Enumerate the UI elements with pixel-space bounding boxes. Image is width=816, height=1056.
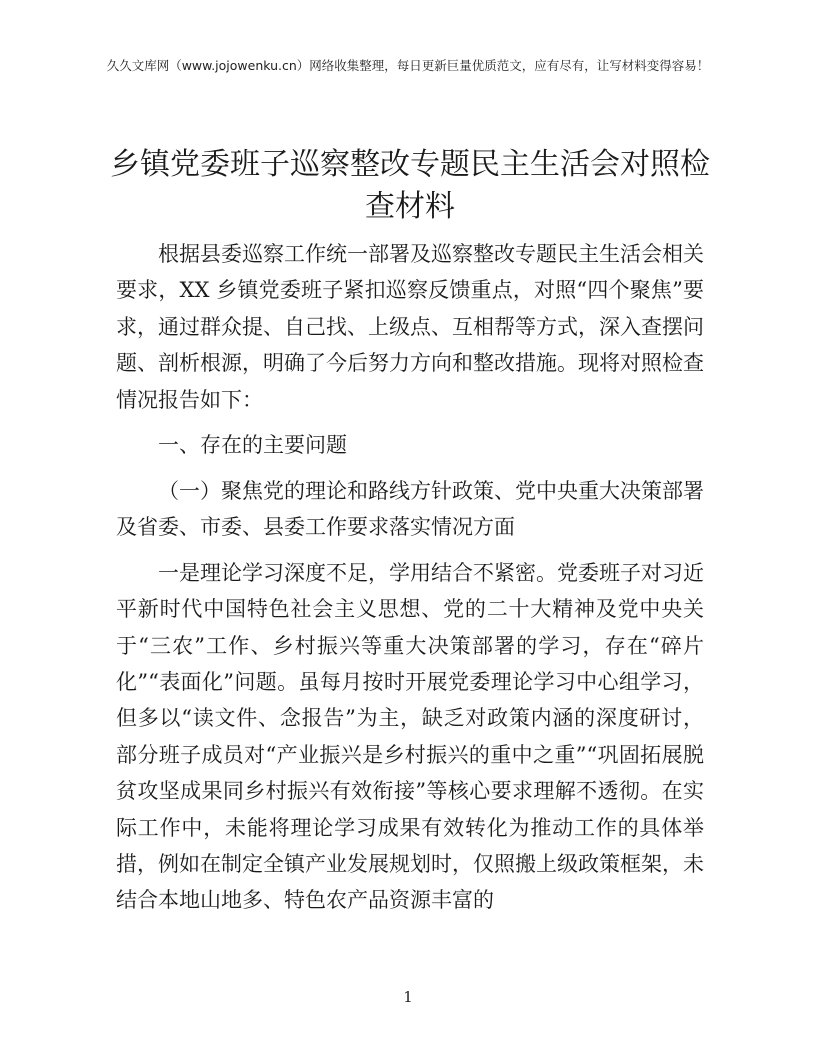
page-number: 1 (0, 988, 816, 1006)
section-heading-1: 一、存在的主要问题 (116, 427, 704, 463)
document-body: 根据县委巡察工作统一部署及巡察整改专题民主生活会相关要求，XX 乡镇党委班子紧扣… (116, 236, 704, 928)
intro-paragraph: 根据县委巡察工作统一部署及巡察整改专题民主生活会相关要求，XX 乡镇党委班子紧扣… (116, 236, 704, 418)
body-paragraph: 一是理论学习深度不足，学用结合不紧密。党委班子对习近平新时代中国特色社会主义思想… (116, 555, 704, 919)
document-title: 乡镇党委班子巡察整改专题民主生活会对照检查材料 (110, 144, 710, 228)
header-watermark-note: 久久文库网（www.jojowenku.cn）网络收集整理，每日更新巨量优质范文… (0, 56, 816, 74)
subsection-heading-1: （一）聚焦党的理论和路线方针政策、党中央重大决策部署及省委、市委、县委工作要求落… (116, 473, 704, 546)
